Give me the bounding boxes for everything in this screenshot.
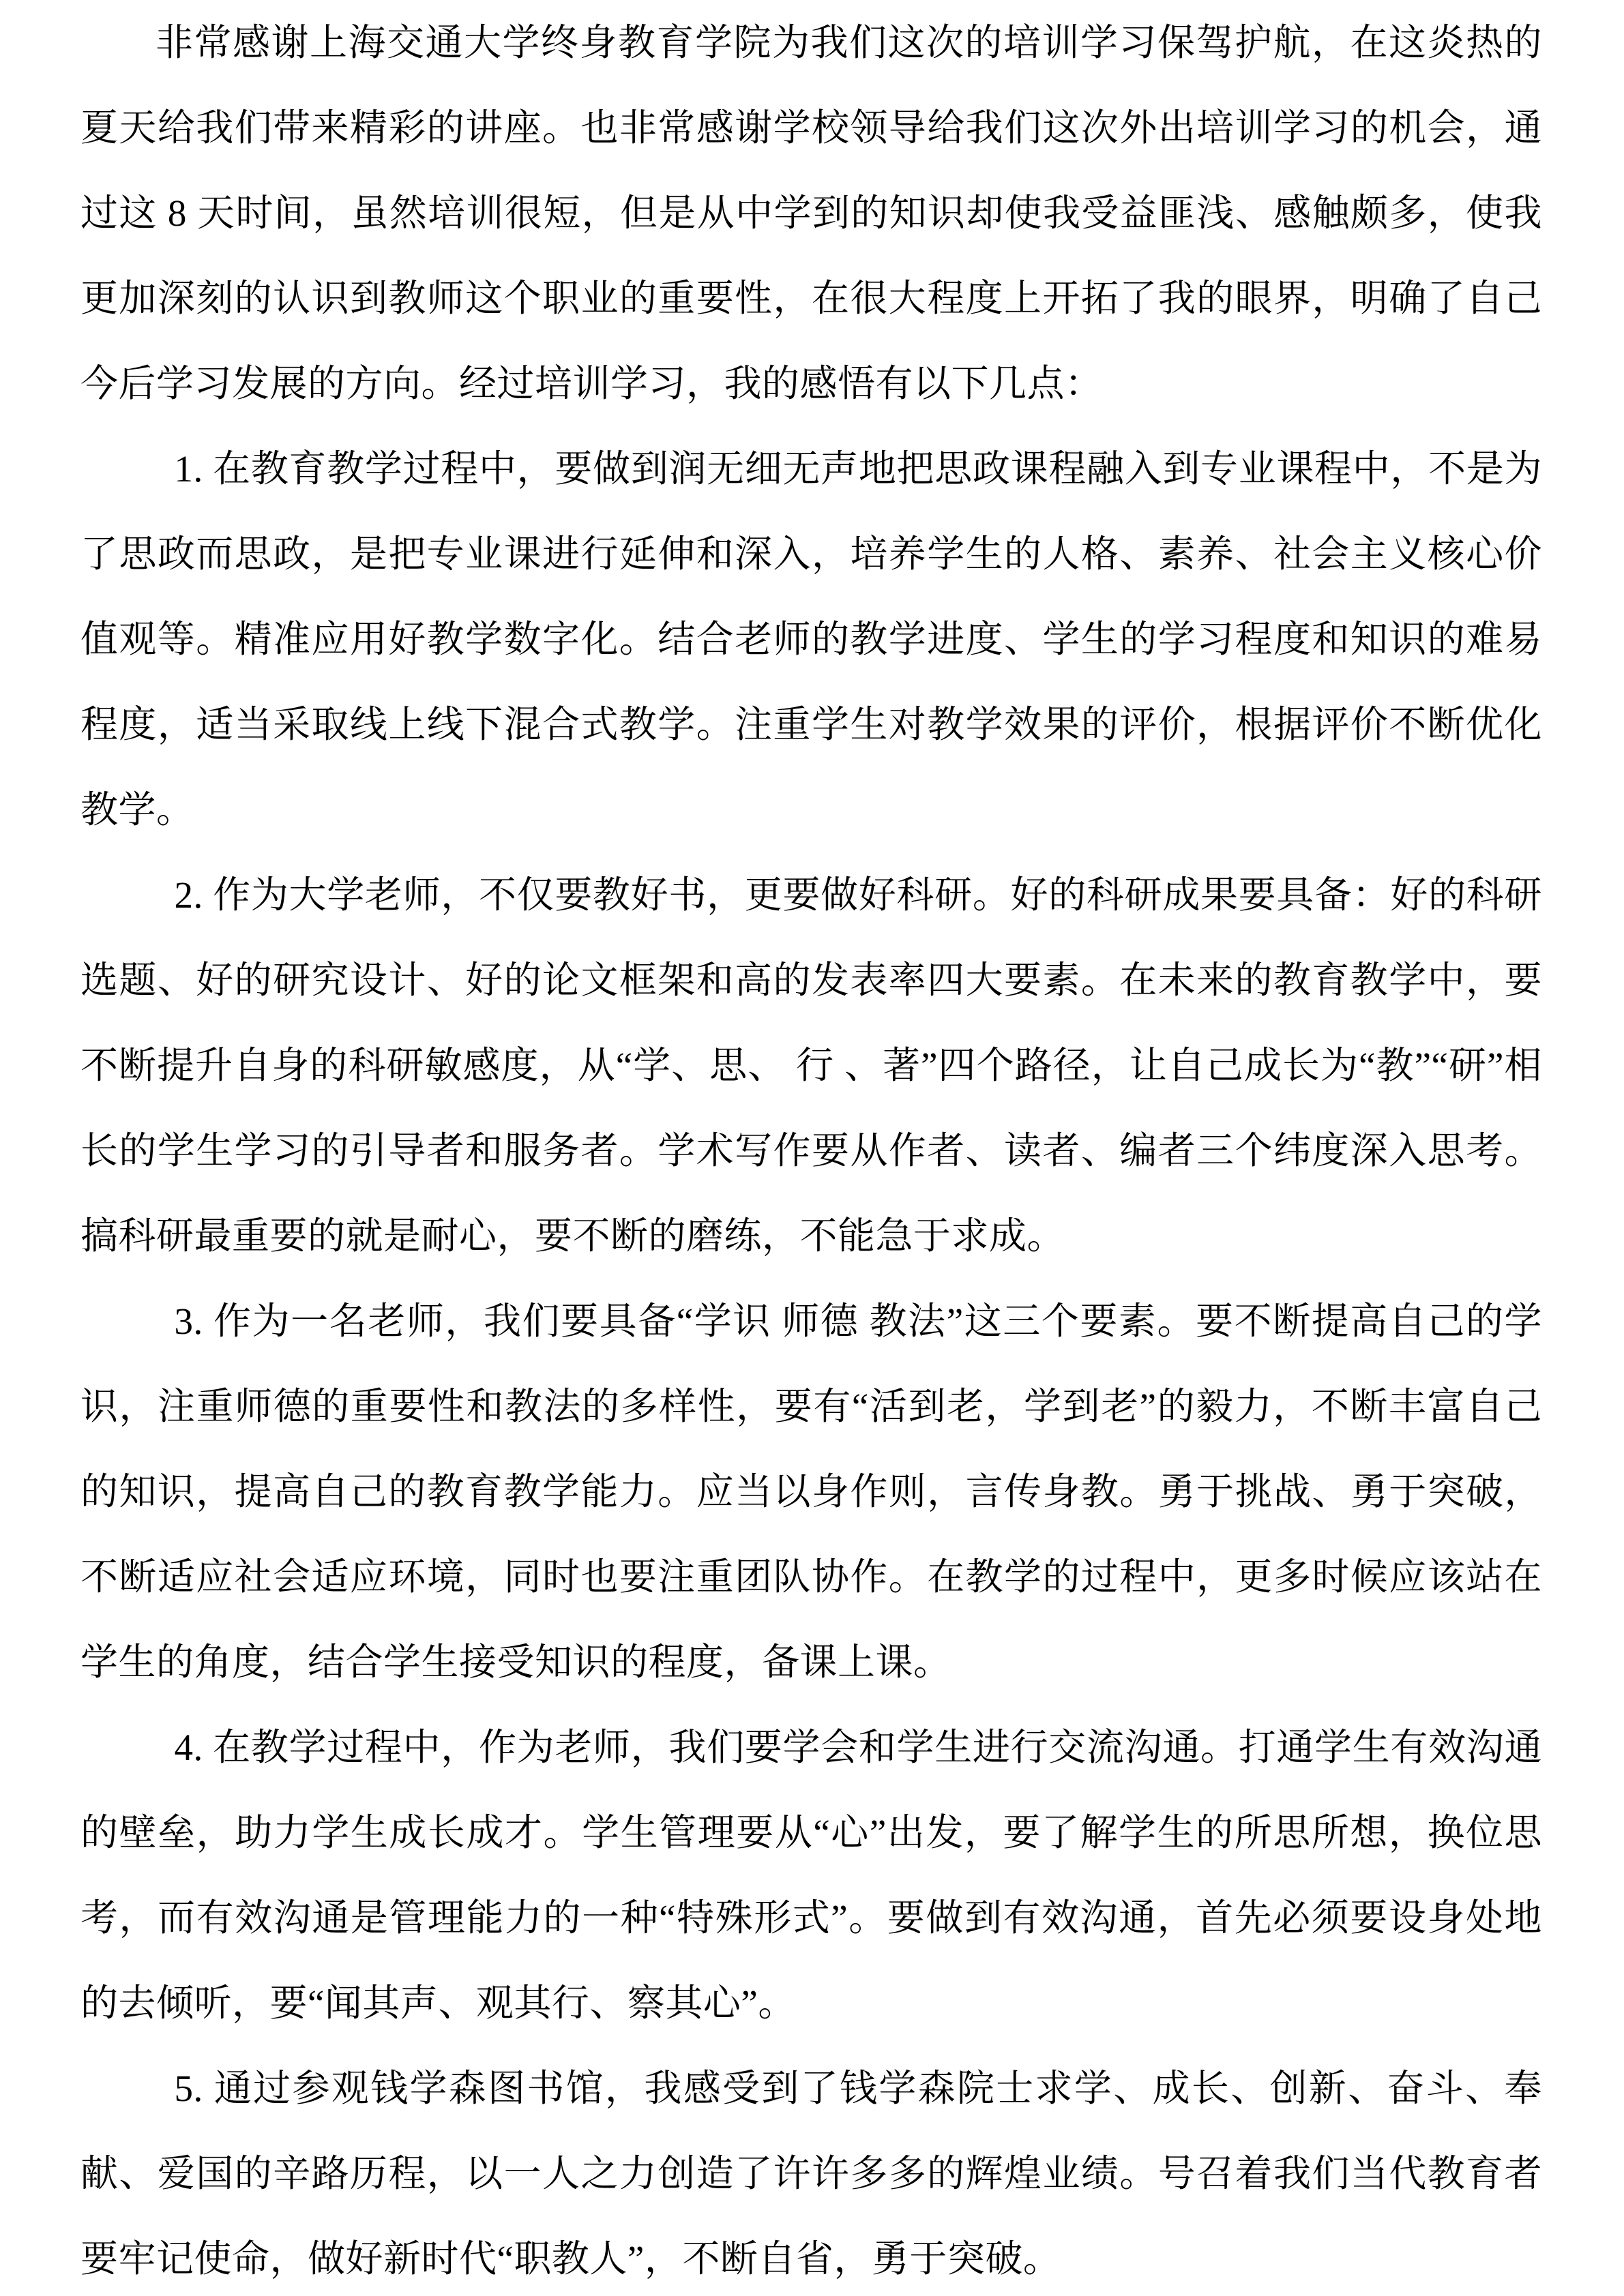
paragraph-intro: 非常感谢上海交通大学终身教育学院为我们这次的培训学习保驾护航，在这炎热的夏天给我… bbox=[80, 0, 1542, 426]
paragraph-point-3: 3. 作为一名老师，我们要具备“学识 师德 教法”这三个要素。要不断提高自己的学… bbox=[80, 1279, 1542, 1705]
paragraph-point-2: 2. 作为大学老师，不仅要教好书，更要做好科研。好的科研成果要具备：好的科研选题… bbox=[80, 852, 1542, 1279]
paragraph-point-5: 5. 通过参观钱学森图书馆，我感受到了钱学森院士求学、成长、创新、奋斗、奉献、爱… bbox=[80, 2046, 1542, 2296]
document-page: 非常感谢上海交通大学终身教育学院为我们这次的培训学习保驾护航，在这炎热的夏天给我… bbox=[0, 0, 1624, 2296]
paragraph-point-4: 4. 在教学过程中，作为老师，我们要学会和学生进行交流沟通。打通学生有效沟通的壁… bbox=[80, 1705, 1542, 2046]
paragraph-point-1: 1. 在教育教学过程中，要做到润无细无声地把思政课程融入到专业课程中，不是为了思… bbox=[80, 426, 1542, 852]
